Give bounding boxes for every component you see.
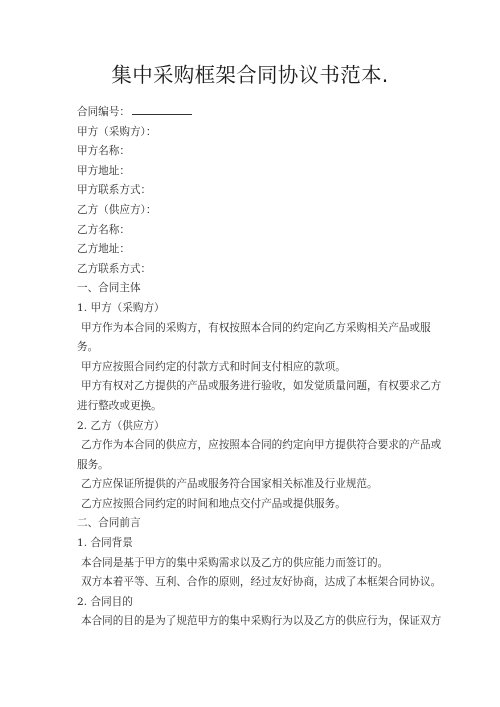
document-page: 集中采购框架合同协议书范本. 合同编号： 甲方（采购方）： 甲方名称： 甲方地址… [0, 0, 500, 707]
paragraph-line: 双方本着平等、互利、合作的原则，经过友好协商，达成了本框架合同协议。 [77, 573, 427, 593]
paragraph-line: 甲方应按照合同约定的付款方式和时间支付相应的款项。 [77, 358, 427, 378]
paragraph-line: 乙方应保证所提供的产品或服务符合国家相关标准及行业规范。 [77, 475, 427, 495]
subsection-heading: 1. 合同背景 [77, 534, 427, 554]
paragraph-line: 甲方有权对乙方提供的产品或服务进行验收，如发觉质量问题，有权要求乙方 [77, 377, 427, 397]
contract-number-blank [132, 104, 192, 115]
party-b-role-field: 乙方（供应方）： [77, 201, 427, 221]
party-a-name-field: 甲方名称： [77, 142, 427, 162]
paragraph-line: 服务。 [77, 456, 427, 476]
paragraph-line: 乙方应按照合同约定的时间和地点交付产品或提供服务。 [77, 495, 427, 515]
party-a-role-field: 甲方（采购方）： [77, 123, 427, 143]
document-title: 集中采购框架合同协议书范本. [0, 58, 500, 88]
subsection-heading: 1. 甲方（采购方） [77, 299, 427, 319]
document-body: 合同编号： 甲方（采购方）： 甲方名称： 甲方地址： 甲方联系方式： 乙方（供应… [77, 103, 427, 632]
subsection-heading: 2. 合同目的 [77, 593, 427, 613]
section-heading: 二、合同前言 [77, 514, 427, 534]
section-heading: 一、合同主体 [77, 279, 427, 299]
paragraph-line: 本合同是基于甲方的集中采购需求以及乙方的供应能力而签订的。 [77, 554, 427, 574]
contract-number-field: 合同编号： [77, 103, 427, 123]
party-b-name-field: 乙方名称： [77, 221, 427, 241]
paragraph-line: 乙方作为本合同的供应方，应按照本合同的约定向甲方提供符合要求的产品或 [77, 436, 427, 456]
party-a-address-field: 甲方地址： [77, 162, 427, 182]
paragraph-line: 本合同的目的是为了规范甲方的集中采购行为以及乙方的供应行为，保证双方 [77, 612, 427, 632]
paragraph-line: 甲方作为本合同的采购方，有权按照本合同的约定向乙方采购相关产品或服 [77, 319, 427, 339]
paragraph-line: 进行整改或更换。 [77, 397, 427, 417]
party-a-contact-field: 甲方联系方式： [77, 181, 427, 201]
party-b-contact-field: 乙方联系方式： [77, 260, 427, 280]
party-b-address-field: 乙方地址： [77, 240, 427, 260]
contract-number-label: 合同编号： [77, 106, 130, 118]
subsection-heading: 2. 乙方（供应方） [77, 417, 427, 437]
paragraph-line: 务。 [77, 338, 427, 358]
